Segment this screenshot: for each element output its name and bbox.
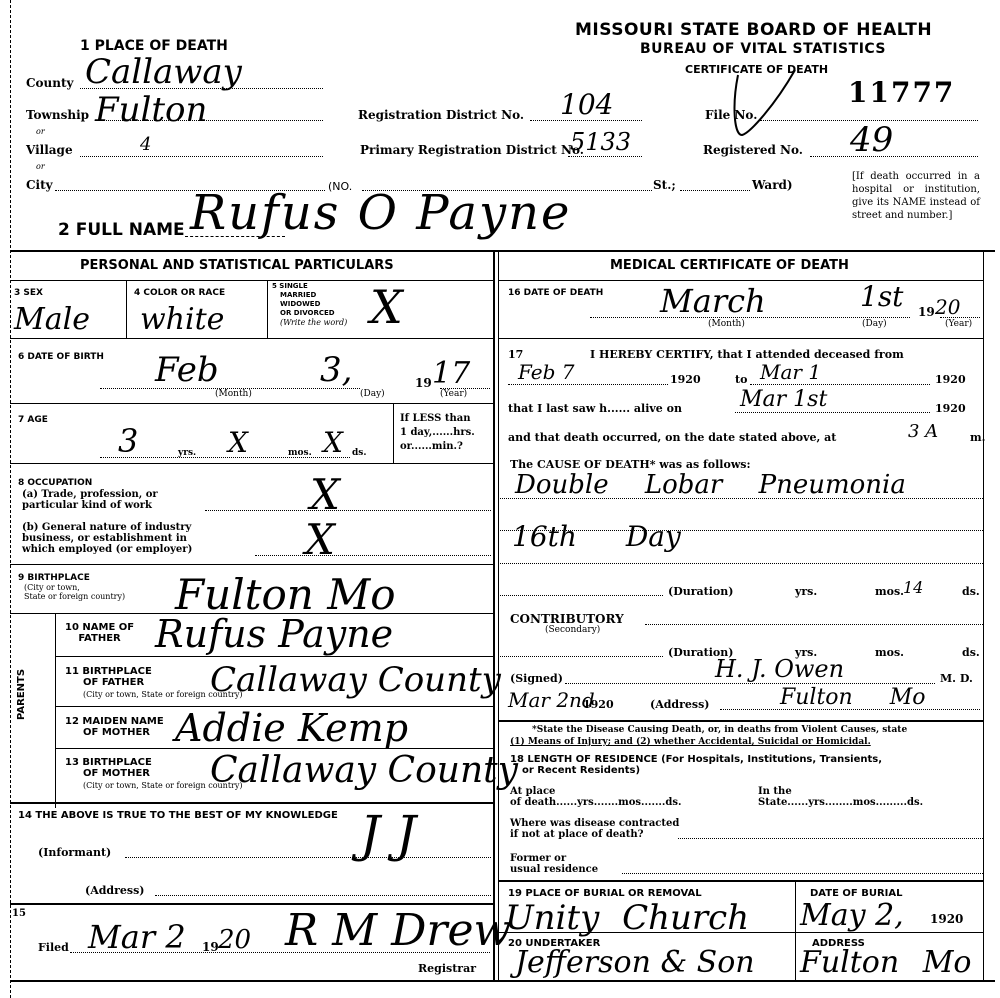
at-place-label: At place of death......yrs.......mos....… (510, 786, 682, 808)
duration-label: (Duration) (668, 585, 733, 598)
filed-label: Filed (38, 941, 69, 954)
attended-from: Feb 7 (518, 360, 575, 384)
father-name-label: 10 NAME OF FATHER (65, 622, 134, 644)
bottom-border (10, 980, 995, 982)
burial-year: 1920 (930, 912, 963, 926)
registered-no-value: 49 (850, 120, 893, 160)
contracted-label: Where was disease contracted if not at p… (510, 818, 679, 840)
personal-heading: PERSONAL AND STATISTICAL PARTICULARS (80, 258, 394, 273)
informant-line (125, 857, 491, 858)
divider (10, 280, 493, 281)
divider (498, 720, 983, 722)
divider (498, 280, 983, 281)
certify-text: I HEREBY CERTIFY, that I attended deceas… (590, 348, 904, 361)
street-label: St.; (653, 180, 676, 191)
ds-label: ds. (352, 449, 367, 458)
burial-date: May 2, (800, 898, 904, 933)
duration-ds-2: ds. (962, 646, 980, 659)
contributory-label: CONTRIBUTORY (510, 612, 624, 626)
day-caption: (Day) (862, 320, 887, 329)
mos-label: mos. (288, 449, 312, 458)
filed-year-prefix: 19 (202, 940, 219, 954)
bureau-title: BUREAU OF VITAL STATISTICS (640, 41, 886, 57)
race-value: white (140, 302, 224, 337)
county-value: Callaway (85, 52, 242, 92)
duration-line-2 (498, 656, 663, 657)
divider (10, 564, 493, 565)
informant-value: J J (360, 805, 416, 863)
death-time: 3 A (908, 421, 938, 442)
signed-year: 1920 (583, 698, 614, 711)
contracted-line (678, 838, 983, 839)
to-label: to (735, 373, 747, 386)
mother-name-value: Addie Kemp (175, 706, 408, 750)
registrar-label: Registrar (418, 962, 476, 975)
signed-date: Mar 2nd (508, 688, 595, 712)
divider (795, 880, 796, 980)
divider (498, 932, 983, 933)
divider (126, 280, 127, 338)
father-birthplace-value: Callaway County (210, 660, 501, 700)
month-caption: (Month) (708, 320, 745, 329)
doctor-address-label: (Address) (650, 698, 710, 711)
day-caption: (Day) (360, 390, 385, 399)
township-label: Township (26, 110, 89, 121)
parents-side-label: PARENTS (16, 669, 27, 720)
last-saw-label: that I last saw h...... alive on (508, 402, 682, 415)
check-mark-icon (730, 65, 800, 145)
sex-value: Male (14, 302, 90, 337)
informant-address-line (155, 895, 491, 896)
attended-from-year: 1920 (670, 373, 701, 386)
year-caption: (Year) (945, 320, 972, 329)
attended-to-year: 1920 (935, 373, 966, 386)
mother-birthplace-value: Callaway County (210, 750, 518, 791)
age-label: 7 AGE (18, 415, 48, 425)
reg-district-value: 104 (560, 88, 613, 121)
attended-to-line (750, 384, 930, 385)
column-divider-inner (498, 250, 499, 982)
village-line (80, 156, 323, 157)
or-label: or (36, 162, 45, 171)
duration-mos-2: mos. (875, 646, 904, 659)
race-label: 4 COLOR OR RACE (134, 288, 225, 298)
or-label: or (36, 127, 45, 136)
less-than-day-note: If LESS than 1 day,......hrs. or......mi… (400, 412, 475, 454)
filed-date: Mar 2 (88, 918, 186, 956)
age-years: 3 (118, 422, 138, 460)
primary-reg-label: Primary Registration District No. (360, 145, 584, 156)
village-value: 4 (140, 134, 151, 155)
divider (498, 880, 983, 882)
undertaker-value: Jefferson & Son (515, 945, 755, 980)
duration-mos-value: 14 (903, 578, 923, 597)
contributory-line (645, 624, 983, 625)
residence-label: 18 LENGTH OF RESIDENCE (For Hospitals, I… (510, 754, 882, 776)
dod-day: 1st (860, 280, 903, 313)
file-number-stamp: 11777 (848, 76, 955, 109)
dob-year: 17 (432, 356, 470, 391)
village-label: Village (26, 145, 73, 156)
divider (498, 338, 983, 339)
primary-reg-value: 5133 (570, 128, 631, 156)
attended-to: Mar 1 (760, 360, 821, 384)
signed-value: H. J. Owen (715, 655, 844, 683)
reg-district-label: Registration District No. (358, 110, 524, 121)
duration-line (498, 595, 663, 596)
divider (10, 338, 493, 339)
ward-label: Ward) (752, 180, 793, 191)
informant-address-label: (Address) (85, 884, 145, 897)
occupation-a-value: X (310, 470, 340, 519)
doctor-address-value: Fulton Mo (780, 685, 926, 710)
full-name-label: 2 FULL NAME (58, 220, 185, 240)
last-saw-year: 1920 (935, 402, 966, 415)
signed-label: (Signed) (510, 672, 563, 685)
father-birthplace-label: 11 BIRTHPLACE OF FATHER (65, 666, 152, 688)
medical-heading: MEDICAL CERTIFICATE OF DEATH (610, 258, 849, 273)
marital-label: 5 SINGLE MARRIED WIDOWED OR DIVORCED (Wr… (272, 282, 347, 327)
cause-line-3 (498, 563, 983, 564)
signed-line (565, 683, 935, 684)
former-residence-line (622, 873, 983, 874)
md-label: M. D. (940, 672, 973, 685)
ward-line (680, 190, 750, 191)
cause-of-death-value: Double Lobar Pneumonia (515, 470, 906, 500)
former-residence-label: Former or usual residence (510, 853, 598, 875)
birthplace-sublabel: (City or town, State or foreign country) (24, 583, 125, 601)
mother-name-label: 12 MAIDEN NAME OF MOTHER (65, 716, 164, 738)
in-state-label: In the State......yrs........mos........… (758, 786, 923, 808)
duration-ds: ds. (962, 585, 980, 598)
city-label: City (26, 180, 53, 191)
marital-value: X (370, 280, 403, 334)
father-name-value: Rufus Payne (155, 612, 393, 656)
filed-year: 20 (218, 925, 251, 955)
cause-line-2-value: 16th Day (512, 520, 681, 553)
occupation-b-line (255, 555, 491, 556)
divider (55, 613, 56, 808)
divider (10, 250, 995, 252)
divider (55, 656, 493, 657)
left-border (10, 0, 11, 998)
occupation-label: 8 OCCUPATION (18, 478, 92, 488)
secondary-label: (Secondary) (545, 625, 600, 635)
last-saw-line (735, 412, 930, 413)
column-divider (493, 250, 495, 982)
full-name-value: Rufus O Payne (190, 185, 571, 241)
death-occurred-label: and that death occurred, on the date sta… (508, 431, 836, 444)
dod-label: 16 DATE OF DEATH (508, 288, 603, 298)
birthplace-label: 9 BIRTHPLACE (18, 573, 90, 583)
divider (10, 463, 493, 464)
divider (10, 802, 493, 804)
informant-statement: 14 THE ABOVE IS TRUE TO THE BEST OF MY K… (18, 810, 338, 821)
dob-month: Feb (155, 350, 219, 390)
county-label: County (26, 78, 74, 89)
attended-from-line (508, 384, 668, 385)
board-title: MISSOURI STATE BOARD OF HEALTH (575, 20, 932, 40)
occupation-b-value: X (305, 515, 335, 564)
undertaker-address: Fulton Mo (800, 945, 972, 980)
primary-reg-line (568, 156, 642, 157)
duration-yrs: yrs. (795, 585, 817, 598)
cause-footnote: *State the Disease Causing Death, or, in… (510, 724, 907, 748)
filed-number: 15 (12, 908, 26, 919)
yrs-label: yrs. (178, 449, 196, 458)
informant-label: (Informant) (38, 846, 111, 859)
dod-month: March (660, 282, 766, 320)
hospital-note: [If death occurred in a hospital or inst… (852, 170, 980, 222)
registered-no-line (810, 156, 978, 157)
file-no-label: File No. (705, 110, 757, 121)
registrar-signature: R M Drew (285, 905, 511, 956)
last-saw-value: Mar 1st (740, 387, 827, 412)
sex-label: 3 SEX (14, 288, 43, 298)
divider (267, 280, 268, 338)
month-caption: (Month) (215, 390, 252, 399)
divider (55, 748, 493, 749)
age-days: X (323, 426, 343, 459)
occupation-a-label: (a) Trade, profession, or particular kin… (22, 489, 158, 511)
divider (393, 403, 394, 463)
right-border (983, 250, 984, 980)
dod-year-prefix: 19 (918, 305, 935, 319)
divider (10, 403, 493, 404)
township-value: Fulton (95, 90, 207, 130)
mother-birthplace-label: 13 BIRTHPLACE OF MOTHER (65, 757, 152, 779)
occupation-b-label: (b) General nature of industry business,… (22, 522, 192, 555)
duration-mos: mos. (875, 585, 904, 598)
dod-year: 20 (935, 295, 960, 319)
dob-day: 3, (320, 350, 352, 390)
age-months: X (228, 426, 248, 459)
dob-label: 6 DATE OF BIRTH (18, 352, 104, 362)
registered-no-label: Registered No. (703, 145, 803, 156)
occupation-a-line (205, 510, 491, 511)
year-caption: (Year) (440, 390, 467, 399)
dob-year-prefix: 19 (415, 376, 432, 390)
